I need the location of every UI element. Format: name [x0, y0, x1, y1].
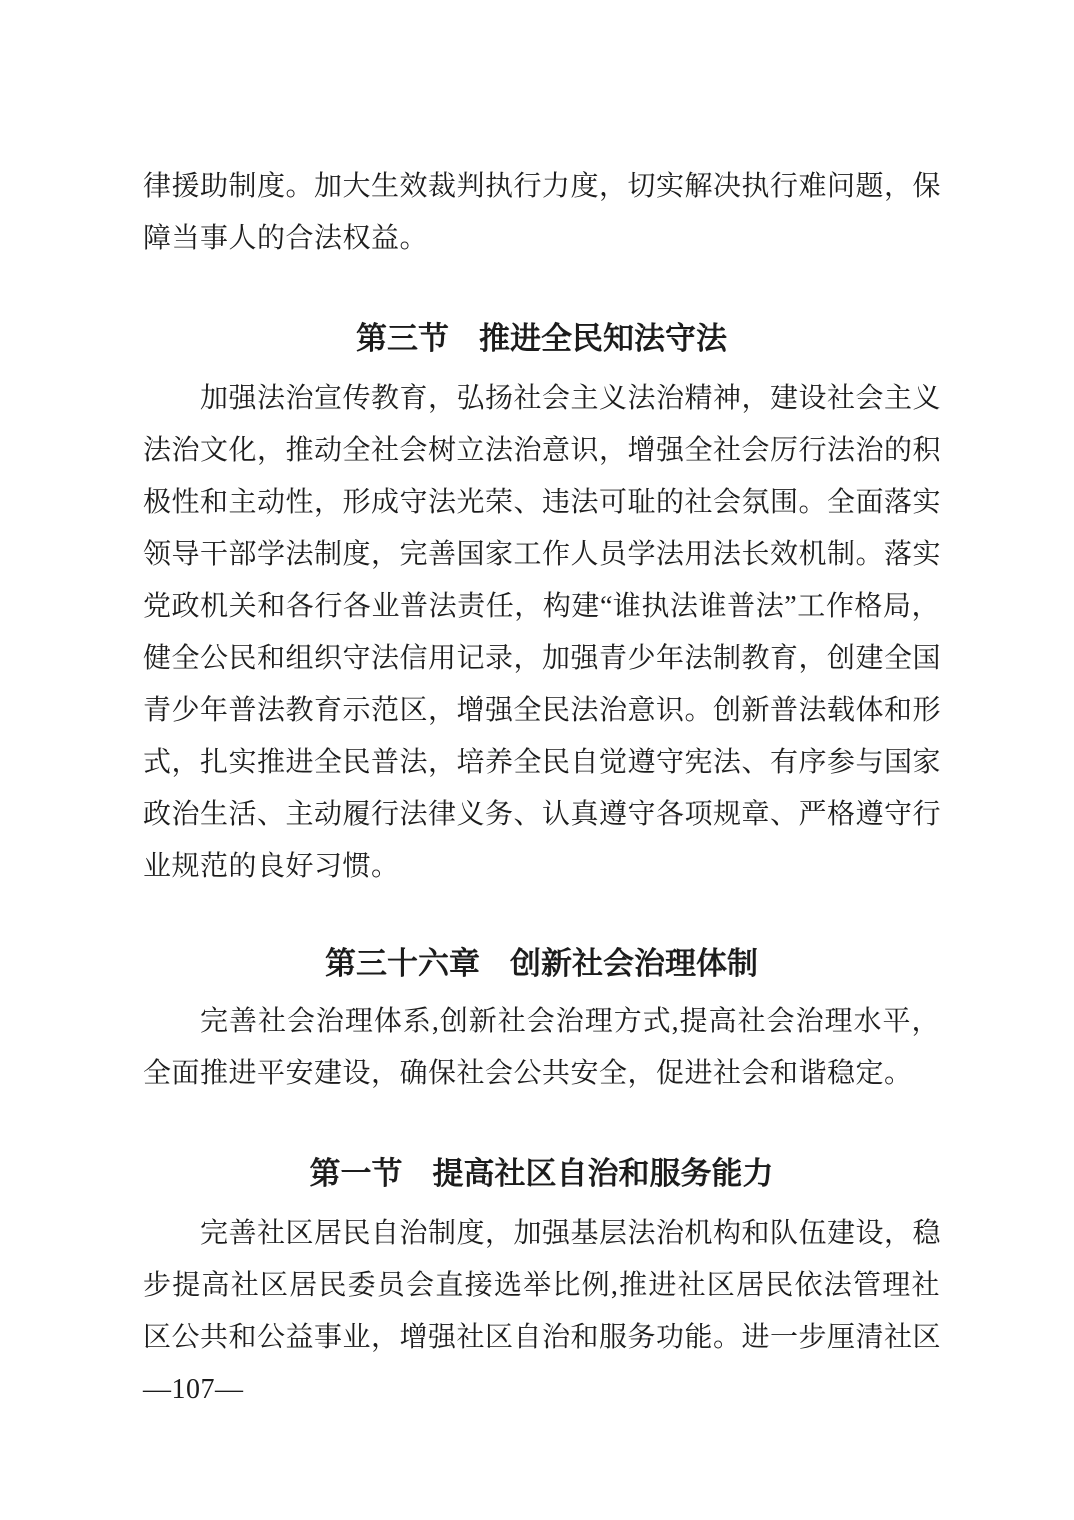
text-line: 式，扎实推进全民普法，培养全民自觉遵守宪法、有序参与国家: [143, 737, 940, 789]
heading-title: 创新社会治理体制: [510, 946, 758, 981]
paragraph-community-self-governance: 完善社区居民自治制度，加强基层法治机构和队伍建设，稳步提高社区居民委员会直接选举…: [143, 1208, 940, 1364]
text-line: 法治文化，推动全社会树立法治意识，增强全社会厉行法治的积: [143, 425, 940, 477]
text-line: 加强法治宣传教育，弘扬社会主义法治精神，建设社会主义: [143, 373, 940, 425]
paragraph-social-governance: 完善社会治理体系,创新社会治理方式,提高社会治理水平，全面推进平安建设，确保社会…: [143, 996, 940, 1100]
text-line: 区公共和公益事业，增强社区自治和服务功能。进一步厘清社区: [143, 1312, 940, 1364]
heading-title: 提高社区自治和服务能力: [433, 1156, 774, 1191]
text-line: 领导干部学法制度，完善国家工作人员学法用法长效机制。落实: [143, 529, 940, 581]
heading-number: 第三节: [356, 321, 449, 356]
text-line: 政治生活、主动履行法律义务、认真遵守各项规章、严格遵守行: [143, 789, 940, 841]
text-line: 完善社区居民自治制度，加强基层法治机构和队伍建设，稳: [143, 1208, 940, 1260]
text-line: 极性和主动性，形成守法光荣、违法可耻的社会氛围。全面落实: [143, 477, 940, 529]
page-number: —107—: [143, 1364, 940, 1416]
text-line: 步提高社区居民委员会直接选举比例,推进社区居民依法管理社: [143, 1260, 940, 1312]
text-line: 完善社会治理体系,创新社会治理方式,提高社会治理水平，: [143, 996, 940, 1048]
heading-number: 第三十六章: [325, 946, 480, 981]
heading-number: 第一节: [310, 1156, 403, 1191]
text-line: 障当事人的合法权益。: [143, 213, 940, 265]
heading-title: 推进全民知法守法: [479, 321, 727, 356]
text-line: 全面推进平安建设，确保社会公共安全，促进社会和谐稳定。: [143, 1048, 940, 1100]
paragraph-judicial-continuation: 律援助制度。加大生效裁判执行力度，切实解决执行难问题，保障当事人的合法权益。: [143, 161, 940, 265]
text-line: 律援助制度。加大生效裁判执行力度，切实解决执行难问题，保: [143, 161, 940, 213]
document-body: 律援助制度。加大生效裁判执行力度，切实解决执行难问题，保障当事人的合法权益。第三…: [143, 161, 940, 1364]
text-line: 业规范的良好习惯。: [143, 841, 940, 893]
document-page: 律援助制度。加大生效裁判执行力度，切实解决执行难问题，保障当事人的合法权益。第三…: [0, 0, 1074, 1520]
section-heading-1: 第一节提高社区自治和服务能力: [143, 1148, 940, 1200]
text-line: 党政机关和各行各业普法责任，构建“谁执法谁普法”工作格局，: [143, 581, 940, 633]
text-line: 健全公民和组织守法信用记录，加强青少年法制教育，创建全国: [143, 633, 940, 685]
section-heading-3: 第三节推进全民知法守法: [143, 313, 940, 365]
paragraph-legal-publicity: 加强法治宣传教育，弘扬社会主义法治精神，建设社会主义法治文化，推动全社会树立法治…: [143, 373, 940, 893]
text-line: 青少年普法教育示范区，增强全民法治意识。创新普法载体和形: [143, 685, 940, 737]
chapter-heading-36: 第三十六章创新社会治理体制: [143, 938, 940, 990]
